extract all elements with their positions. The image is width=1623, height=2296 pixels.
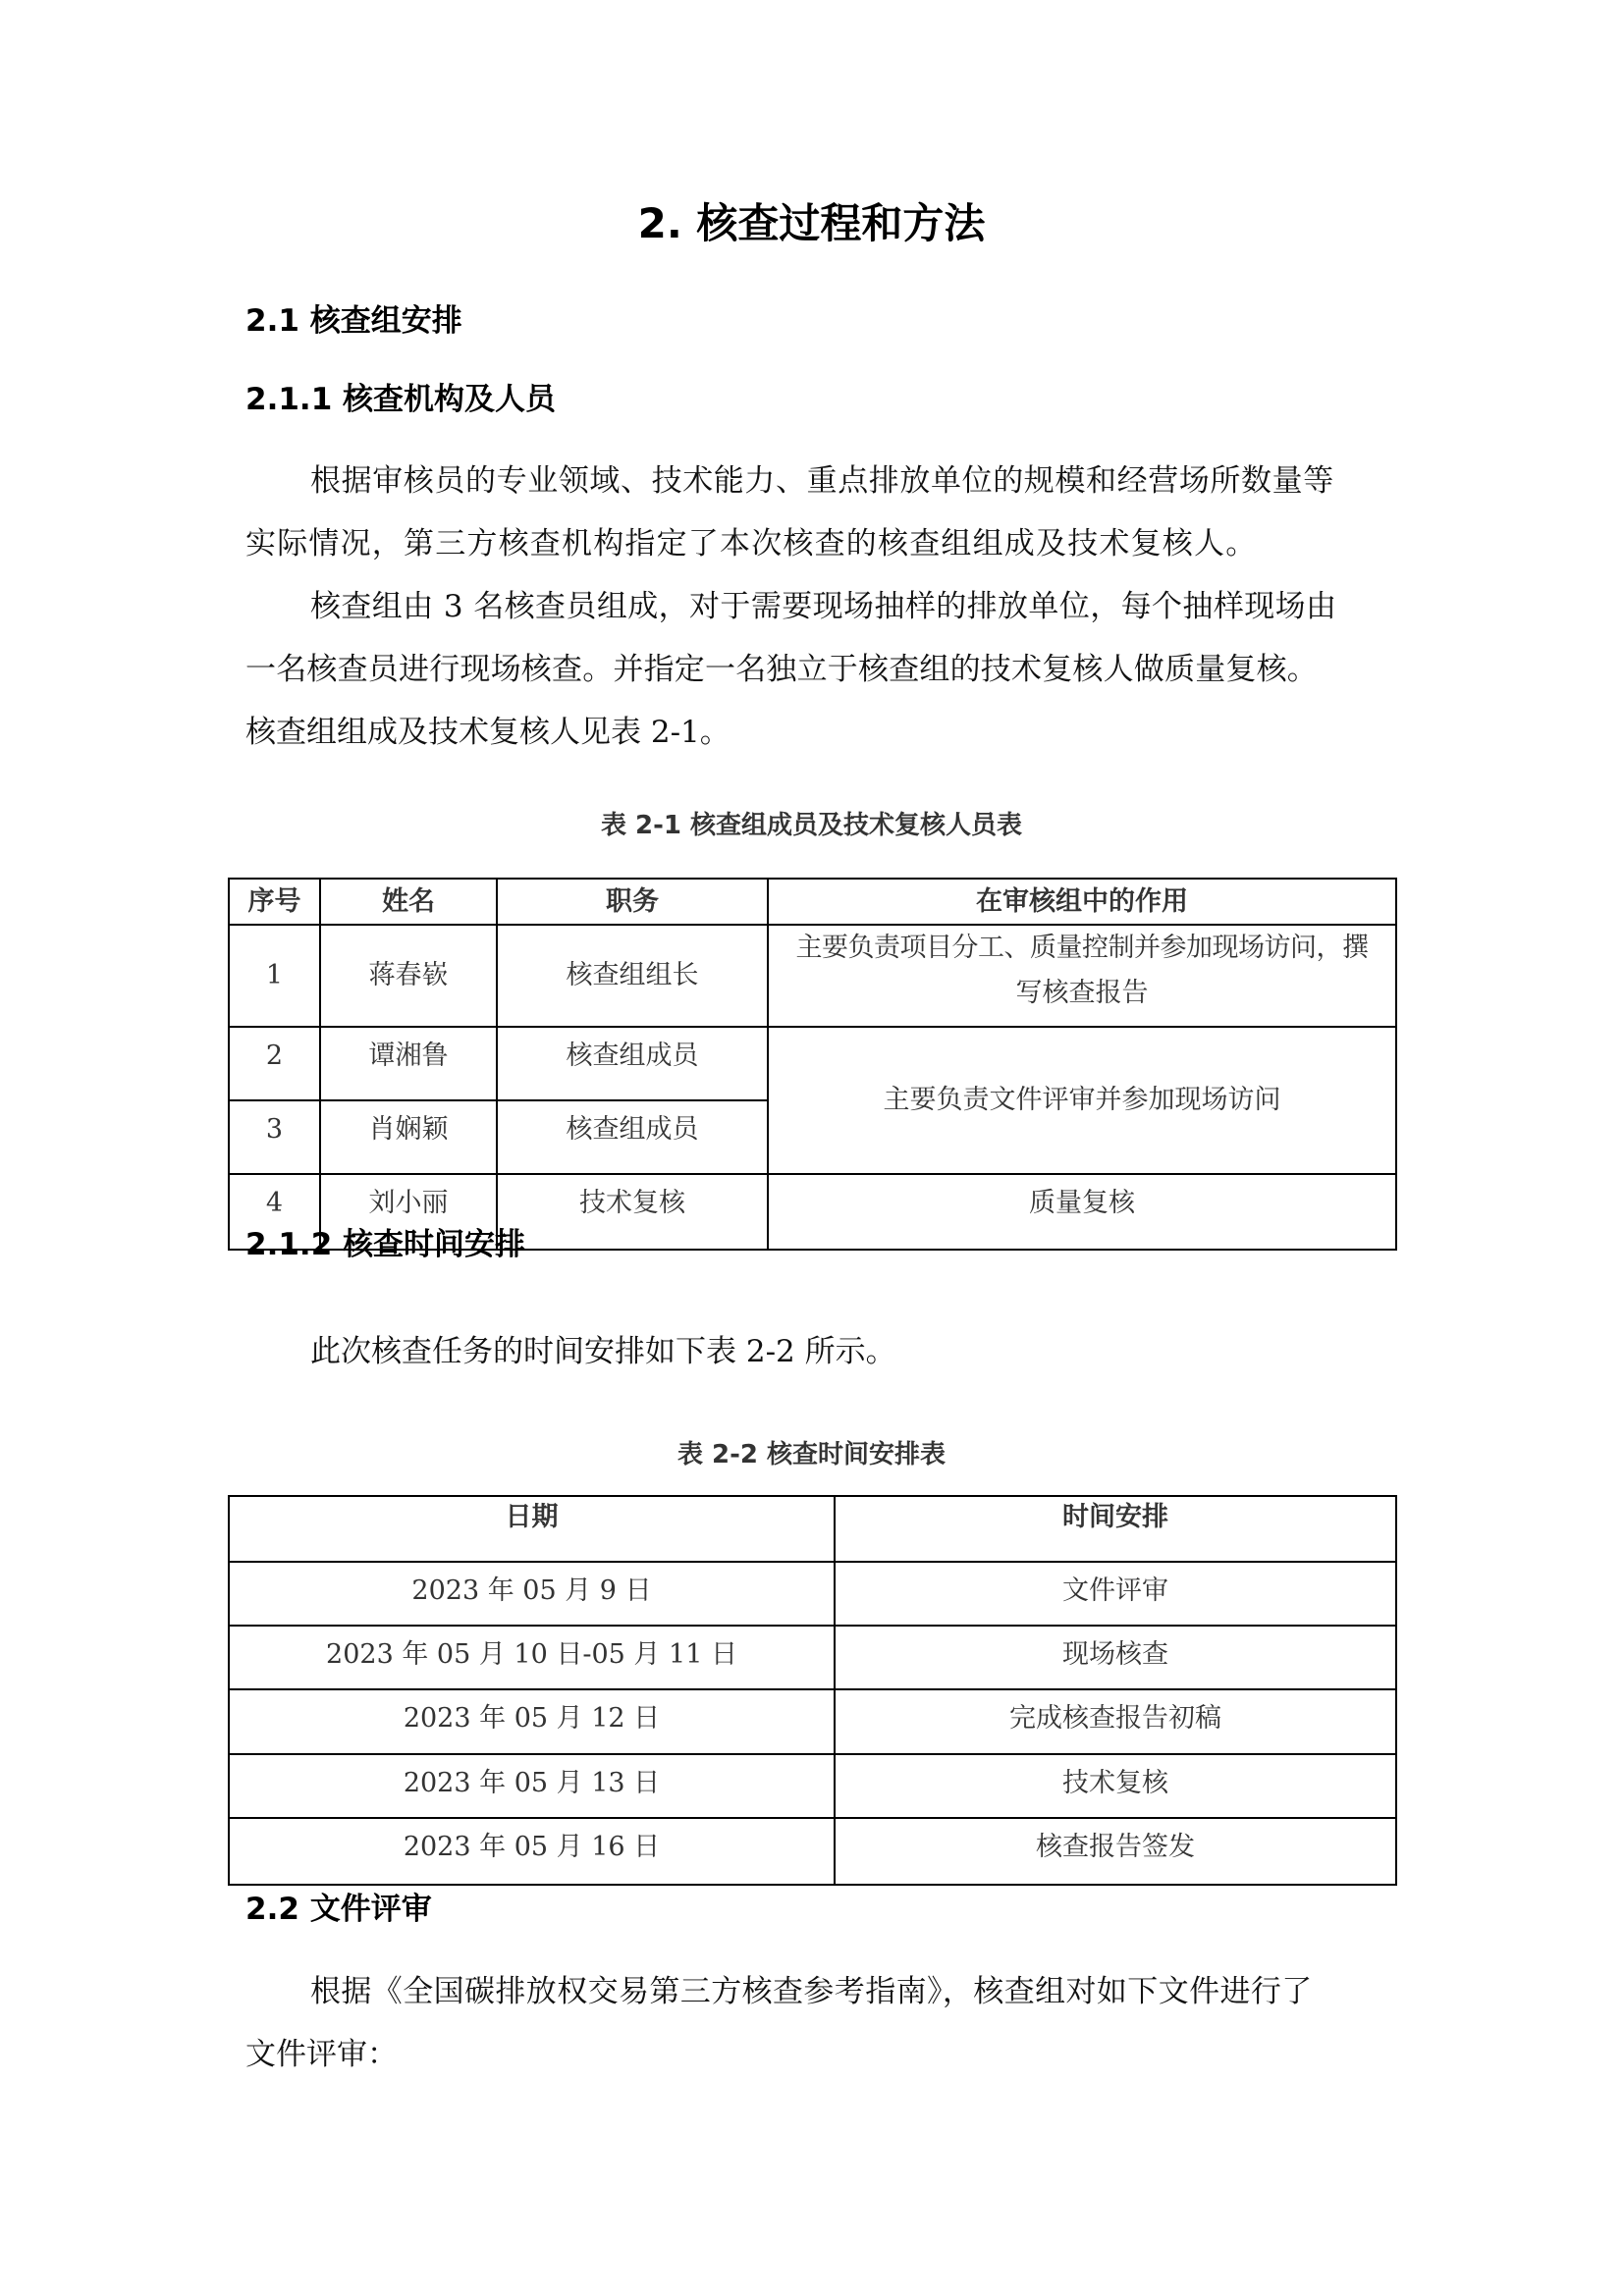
cell-text: 时间安排: [1062, 1502, 1168, 1532]
cell-text: 技术复核: [498, 1175, 767, 1224]
cell-task: 技术复核: [835, 1754, 1396, 1818]
cell-text: 2: [230, 1028, 319, 1077]
page-title: 2. 核查过程和方法: [0, 196, 1623, 251]
section-heading-2-1-2: 2.1.2 核查时间安排: [245, 1225, 525, 1264]
cell-date: 2023 年 05 月 10 日-05 月 11 日: [229, 1626, 835, 1689]
cell-role-line: 主要负责项目分工、质量控制并参加现场访问，撰: [769, 926, 1395, 971]
cell-text: 核查组成员: [498, 1101, 767, 1150]
cell-date: 2023 年 05 月 16 日: [229, 1818, 835, 1885]
cell-no: 3: [229, 1100, 320, 1174]
cell-position: 技术复核: [497, 1174, 768, 1250]
cell-text: 2023 年 05 月 16 日: [230, 1819, 834, 1868]
cell-role: 主要负责文件评审并参加现场访问: [768, 1027, 1396, 1174]
cell-name: 蒋春嵚: [320, 925, 497, 1027]
paragraph-line: 实际情况，第三方核查机构指定了本次核查的核查组组成及技术复核人。: [245, 512, 1394, 575]
paragraph-line: 核查组组成及技术复核人见表 2-1。: [245, 701, 1394, 764]
paragraph-line: 根据审核员的专业领域、技术能力、重点排放单位的规模和经营场所数量等: [245, 450, 1394, 512]
cell-date: 2023 年 05 月 12 日: [229, 1689, 835, 1754]
section-heading-2-2: 2.2 文件评审: [245, 1890, 432, 1929]
cell-text: 核查组成员: [498, 1028, 767, 1077]
cell-text: 完成核查报告初稿: [836, 1690, 1395, 1739]
table-header-row: 日期 时间安排: [229, 1496, 1396, 1562]
cell-name: 肖娴颖: [320, 1100, 497, 1174]
cell-text: 2023 年 05 月 10 日-05 月 11 日: [230, 1627, 834, 1676]
cell-position: 核查组组长: [497, 925, 768, 1027]
cell-position: 核查组成员: [497, 1100, 768, 1174]
table-row: 2023 年 05 月 9 日 文件评审: [229, 1562, 1396, 1626]
paragraph-schedule-intro: 此次核查任务的时间安排如下表 2-2 所示。: [245, 1320, 1394, 1383]
paragraph-line: 文件评审：: [245, 2023, 1394, 2086]
paragraph-line: 此次核查任务的时间安排如下表 2-2 所示。: [245, 1320, 1394, 1383]
cell-no: 1: [229, 925, 320, 1027]
paragraph-line: 一名核查员进行现场核查。并指定一名独立于核查组的技术复核人做质量复核。: [245, 638, 1394, 701]
cell-text: 文件评审: [836, 1563, 1395, 1612]
header-no: 序号: [229, 879, 320, 925]
team-members-table: 序号 姓名 职务 在审核组中的作用 1 蒋春嵚 核查组组长 主要负责项目分工、质…: [228, 878, 1397, 1251]
cell-no: 2: [229, 1027, 320, 1100]
header-position: 职务: [497, 879, 768, 925]
cell-role-line: 写核查报告: [769, 971, 1395, 1016]
header-role: 在审核组中的作用: [768, 879, 1396, 925]
cell-text: 4: [230, 1175, 319, 1224]
cell-text: 刘小丽: [321, 1175, 496, 1224]
cell-text: 3: [230, 1101, 319, 1150]
cell-text: 2023 年 05 月 12 日: [230, 1690, 834, 1739]
paragraph-line: 根据《全国碳排放权交易第三方核查参考指南》，核查组对如下文件进行了: [245, 1960, 1394, 2023]
cell-task: 核查报告签发: [835, 1818, 1396, 1885]
cell-text: 2023 年 05 月 9 日: [230, 1563, 834, 1612]
cell-text: 2023 年 05 月 13 日: [230, 1755, 834, 1804]
cell-text: 肖娴颖: [321, 1101, 496, 1150]
cell-text: 核查报告签发: [836, 1819, 1395, 1868]
cell-date: 2023 年 05 月 13 日: [229, 1754, 835, 1818]
cell-text: 日期: [506, 1502, 559, 1532]
table-row: 2023 年 05 月 12 日 完成核查报告初稿: [229, 1689, 1396, 1754]
schedule-table: 日期 时间安排 2023 年 05 月 9 日 文件评审 2023 年 05 月…: [228, 1495, 1397, 1886]
table-row: 2023 年 05 月 13 日 技术复核: [229, 1754, 1396, 1818]
cell-role: 质量复核: [768, 1174, 1396, 1250]
header-task: 时间安排: [835, 1496, 1396, 1562]
table-row: 1 蒋春嵚 核查组组长 主要负责项目分工、质量控制并参加现场访问，撰 写核查报告: [229, 925, 1396, 1027]
header-date: 日期: [229, 1496, 835, 1562]
cell-task: 现场核查: [835, 1626, 1396, 1689]
header-name: 姓名: [320, 879, 497, 925]
table-row: 2 谭湘鲁 核查组成员 主要负责文件评审并参加现场访问: [229, 1027, 1396, 1100]
table-caption-2-1: 表 2-1 核查组成员及技术复核人员表: [228, 811, 1395, 840]
table-header-row: 序号 姓名 职务 在审核组中的作用: [229, 879, 1396, 925]
section-heading-2-1: 2.1 核查组安排: [245, 301, 462, 341]
cell-task: 文件评审: [835, 1562, 1396, 1626]
paragraph-team-selection: 根据审核员的专业领域、技术能力、重点排放单位的规模和经营场所数量等 实际情况，第…: [245, 450, 1394, 764]
cell-text: 技术复核: [836, 1755, 1395, 1804]
cell-role: 主要负责项目分工、质量控制并参加现场访问，撰 写核查报告: [768, 925, 1396, 1027]
table-row: 2023 年 05 月 16 日 核查报告签发: [229, 1818, 1396, 1885]
table-row: 2023 年 05 月 10 日-05 月 11 日 现场核查: [229, 1626, 1396, 1689]
table-caption-2-2: 表 2-2 核查时间安排表: [228, 1440, 1395, 1469]
cell-text: 谭湘鲁: [321, 1028, 496, 1077]
paragraph-line: 核查组由 3 名核查员组成，对于需要现场抽样的排放单位，每个抽样现场由: [245, 575, 1394, 638]
cell-date: 2023 年 05 月 9 日: [229, 1562, 835, 1626]
section-heading-2-1-1: 2.1.1 核查机构及人员: [245, 380, 556, 419]
cell-text: 现场核查: [836, 1627, 1395, 1676]
cell-name: 谭湘鲁: [320, 1027, 497, 1100]
cell-task: 完成核查报告初稿: [835, 1689, 1396, 1754]
cell-text: 质量复核: [769, 1175, 1395, 1224]
paragraph-document-review: 根据《全国碳排放权交易第三方核查参考指南》，核查组对如下文件进行了 文件评审：: [245, 1960, 1394, 2086]
cell-position: 核查组成员: [497, 1027, 768, 1100]
